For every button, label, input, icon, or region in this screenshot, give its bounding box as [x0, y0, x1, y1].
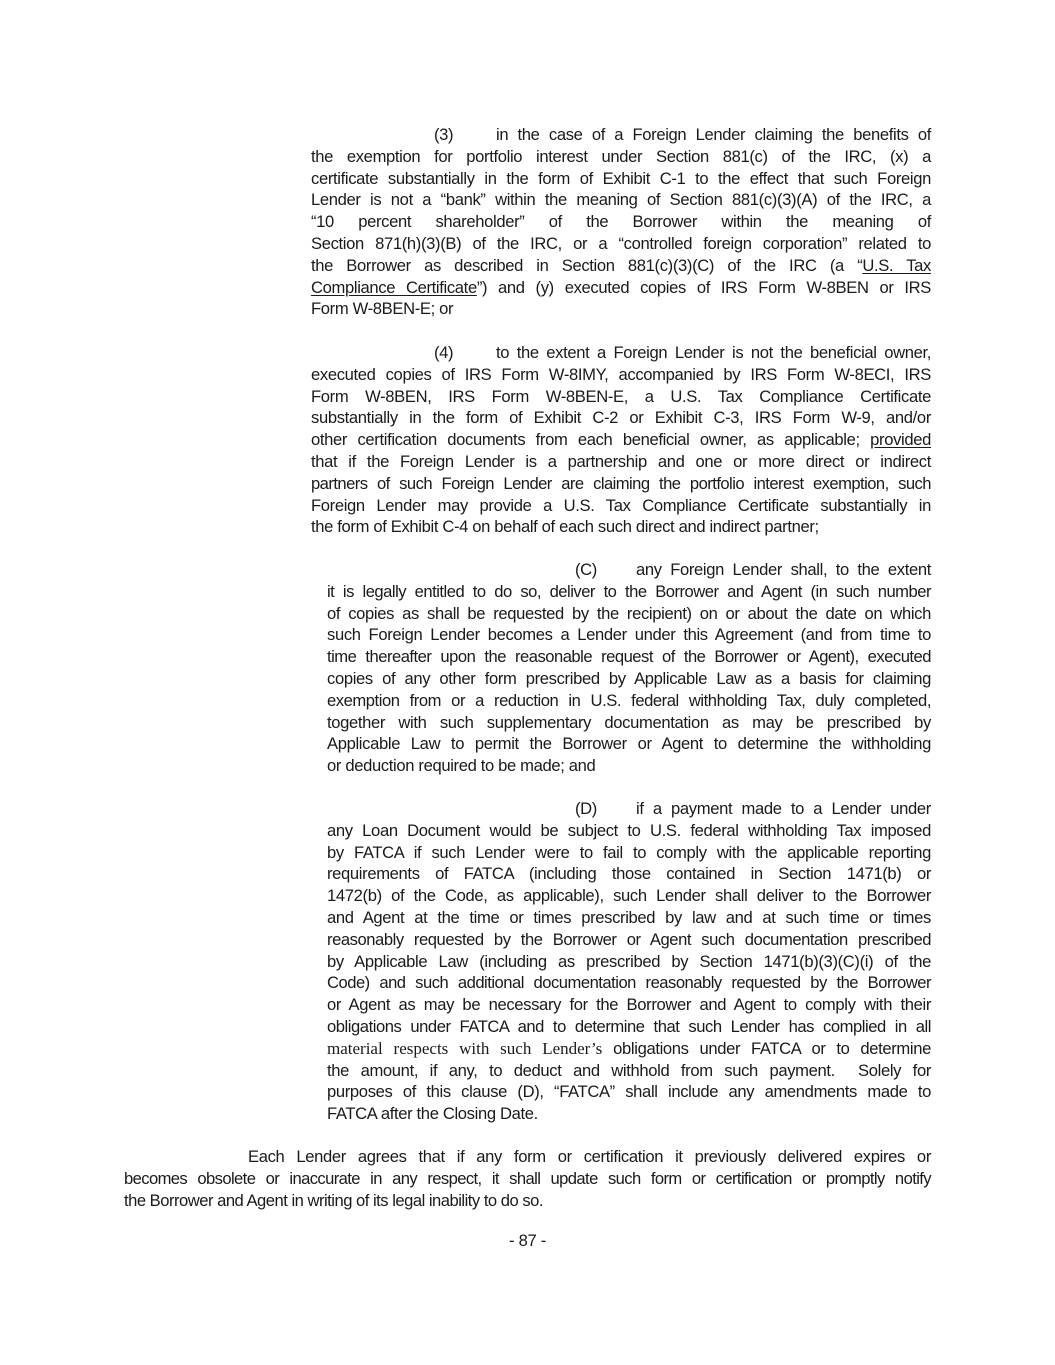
clause-line: purposes of this clause (D), “FATCA” sha…: [327, 1081, 931, 1103]
clause-text: obligations under FATCA or to determine: [613, 1039, 931, 1058]
clause-line: Form W-8BEN-E; or: [311, 298, 931, 320]
clause-marker: (3): [434, 124, 496, 146]
clause-line: or deduction required to be made; and: [327, 755, 931, 777]
clause-c: (C)any Foreign Lender shall, to the exte…: [327, 559, 931, 777]
clause-text: the Borrower as described in Section 881…: [311, 256, 862, 275]
clause-line: the form of Exhibit C-4 on behalf of eac…: [311, 516, 931, 538]
clause-line: by FATCA if such Lender were to fail to …: [327, 842, 931, 864]
clause-line: Section 871(h)(3)(B) of the IRC, or a “c…: [311, 233, 931, 255]
clause-line: other certification documents from each …: [311, 429, 931, 451]
clause-text-serif: material respects with such Lender’s: [327, 1039, 613, 1058]
clause-text: ”) and (y) executed copies of IRS Form W…: [477, 278, 931, 297]
closing-paragraph: Each Lender agrees that if any form or c…: [124, 1146, 931, 1211]
clause-line: that if the Foreign Lender is a partners…: [311, 451, 931, 473]
clause-line: by Applicable Law (including as prescrib…: [327, 951, 931, 973]
clause-line: it is legally entitled to do so, deliver…: [327, 581, 931, 603]
clause-d: (D)if a payment made to a Lender under a…: [327, 798, 931, 1125]
clause-line: (3)in the case of a Foreign Lender claim…: [311, 124, 931, 146]
clause-line: together with such supplementary documen…: [327, 712, 931, 734]
clause-line: Lender is not a “bank” within the meanin…: [311, 189, 931, 211]
clause-line: the amount, if any, to deduct and withho…: [327, 1060, 931, 1082]
clause-line: and Agent at the time or times prescribe…: [327, 907, 931, 929]
clause-line: executed copies of IRS Form W-8IMY, acco…: [311, 364, 931, 386]
clause-line: partners of such Foreign Lender are clai…: [311, 473, 931, 495]
paragraph-line: Each Lender agrees that if any form or c…: [124, 1146, 931, 1168]
paragraph-line: becomes obsolete or inaccurate in any re…: [124, 1168, 931, 1190]
clause-line: (4)to the extent a Foreign Lender is not…: [311, 342, 931, 364]
defined-term-provided: provided: [870, 430, 931, 449]
paragraph-line: the Borrower and Agent in writing of its…: [124, 1190, 931, 1212]
document-page: (3)in the case of a Foreign Lender claim…: [0, 0, 1055, 1365]
clause-marker: (4): [434, 342, 496, 364]
clause-line: substantially in the form of Exhibit C-2…: [311, 407, 931, 429]
clause-marker: (C): [575, 559, 636, 581]
clause-line: time thereafter upon the reasonable requ…: [327, 646, 931, 668]
clause-line: of copies as shall be requested by the r…: [327, 603, 931, 625]
clause-line: requirements of FATCA (including those c…: [327, 863, 931, 885]
clause-line: Form W-8BEN, IRS Form W-8BEN-E, a U.S. T…: [311, 386, 931, 408]
clause-line: FATCA after the Closing Date.: [327, 1103, 931, 1125]
clause-text: any Foreign Lender shall, to the extent: [636, 560, 931, 579]
clause-line: reasonably requested by the Borrower or …: [327, 929, 931, 951]
clause-text: to the extent a Foreign Lender is not th…: [496, 343, 931, 362]
clause-line: Compliance Certificate”) and (y) execute…: [311, 277, 931, 299]
clause-line: exemption from or a reduction in U.S. fe…: [327, 690, 931, 712]
clause-line: “10 percent shareholder” of the Borrower…: [311, 211, 931, 233]
clause-line: Code) and such additional documentation …: [327, 972, 931, 994]
clause-line: certificate substantially in the form of…: [311, 168, 931, 190]
clause-line: the exemption for portfolio interest und…: [311, 146, 931, 168]
clause-text: if a payment made to a Lender under: [636, 799, 931, 818]
clause-line: (C)any Foreign Lender shall, to the exte…: [327, 559, 931, 581]
defined-term-us-tax: U.S. Tax: [862, 256, 931, 275]
defined-term-compliance-certificate: Compliance Certificate: [311, 278, 477, 297]
clause-line: Applicable Law to permit the Borrower or…: [327, 733, 931, 755]
clause-marker: (D): [575, 798, 636, 820]
page-number: - 87 -: [0, 1231, 1055, 1251]
clause-text: other certification documents from each …: [311, 430, 870, 449]
clause-line: Foreign Lender may provide a U.S. Tax Co…: [311, 495, 931, 517]
clause-line: obligations under FATCA and to determine…: [327, 1016, 931, 1038]
clause-line: copies of any other form prescribed by A…: [327, 668, 931, 690]
clause-text: in the case of a Foreign Lender claiming…: [496, 125, 931, 144]
clause-line: any Loan Document would be subject to U.…: [327, 820, 931, 842]
clause-line: material respects with such Lender’s obl…: [327, 1038, 931, 1060]
clause-line: the Borrower as described in Section 881…: [311, 255, 931, 277]
clause-line: or Agent as may be necessary for the Bor…: [327, 994, 931, 1016]
clause-line: such Foreign Lender becomes a Lender und…: [327, 624, 931, 646]
clause-4: (4)to the extent a Foreign Lender is not…: [311, 342, 931, 538]
clause-line: 1472(b) of the Code, as applicable), suc…: [327, 885, 931, 907]
clause-line: (D)if a payment made to a Lender under: [327, 798, 931, 820]
clause-3: (3)in the case of a Foreign Lender claim…: [311, 124, 931, 320]
